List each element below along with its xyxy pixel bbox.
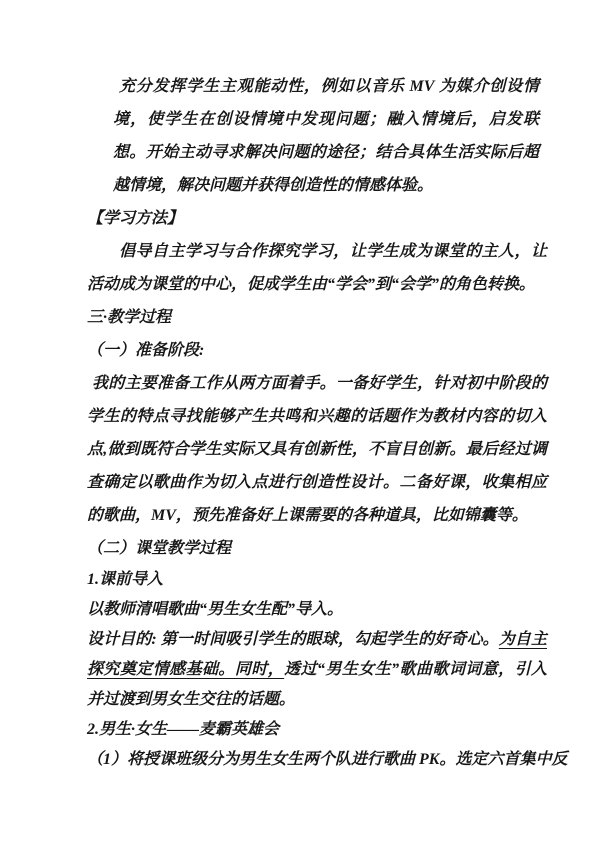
paragraph-song-pk: （1）将授课班级分为男生女生两个队进行歌曲 PK。选定六首集中反 bbox=[87, 745, 547, 775]
paragraph-lead-in-song: 以教师清唱歌曲“男生女生配”导入。 bbox=[87, 595, 547, 625]
document-lower-section: 1.课前导入 以教师清唱歌曲“男生女生配”导入。 设计目的: 第一时间吸引学生的… bbox=[87, 565, 547, 775]
heading-classroom-process: （二）课堂教学过程 bbox=[87, 532, 547, 565]
heading-teaching-process: 三·教学过程 bbox=[87, 301, 547, 334]
paragraph-situational-method-tail: 充分发挥学生主观能动性，例如以音乐 MV 为媒介创设情境，使学生在创设情境中发现… bbox=[113, 70, 539, 202]
paragraph-learning-method: 倡导自主学习与合作探究学习，让学生成为课堂的主人，让活动成为课堂的中心，促成学生… bbox=[87, 235, 547, 301]
paragraph-preparation-work: 我的主要准备工作从两方面着手。一备好学生，针对初中阶段的学生的特点寻找能够产生共… bbox=[87, 367, 547, 532]
heading-preparation-stage: （一）准备阶段: bbox=[87, 334, 547, 367]
document-upper-section: 充分发挥学生主观能动性，例如以音乐 MV 为媒介创设情境，使学生在创设情境中发现… bbox=[87, 70, 547, 565]
design-purpose-text: 设计目的: 第一时间吸引学生的眼球，勾起学生的好奇心。 bbox=[87, 631, 499, 648]
paragraph-design-purpose: 设计目的: 第一时间吸引学生的眼球，勾起学生的好奇心。为自主探究奠定情感基础。同… bbox=[87, 625, 547, 715]
heading-learning-method: 【学习方法】 bbox=[87, 202, 547, 235]
heading-boys-girls-activity: 2.男生·女生——麦霸英雄会 bbox=[87, 715, 547, 745]
document-page: 充分发挥学生主观能动性，例如以音乐 MV 为媒介创设情境，使学生在创设情境中发现… bbox=[0, 0, 600, 848]
heading-lead-in: 1.课前导入 bbox=[87, 565, 547, 595]
